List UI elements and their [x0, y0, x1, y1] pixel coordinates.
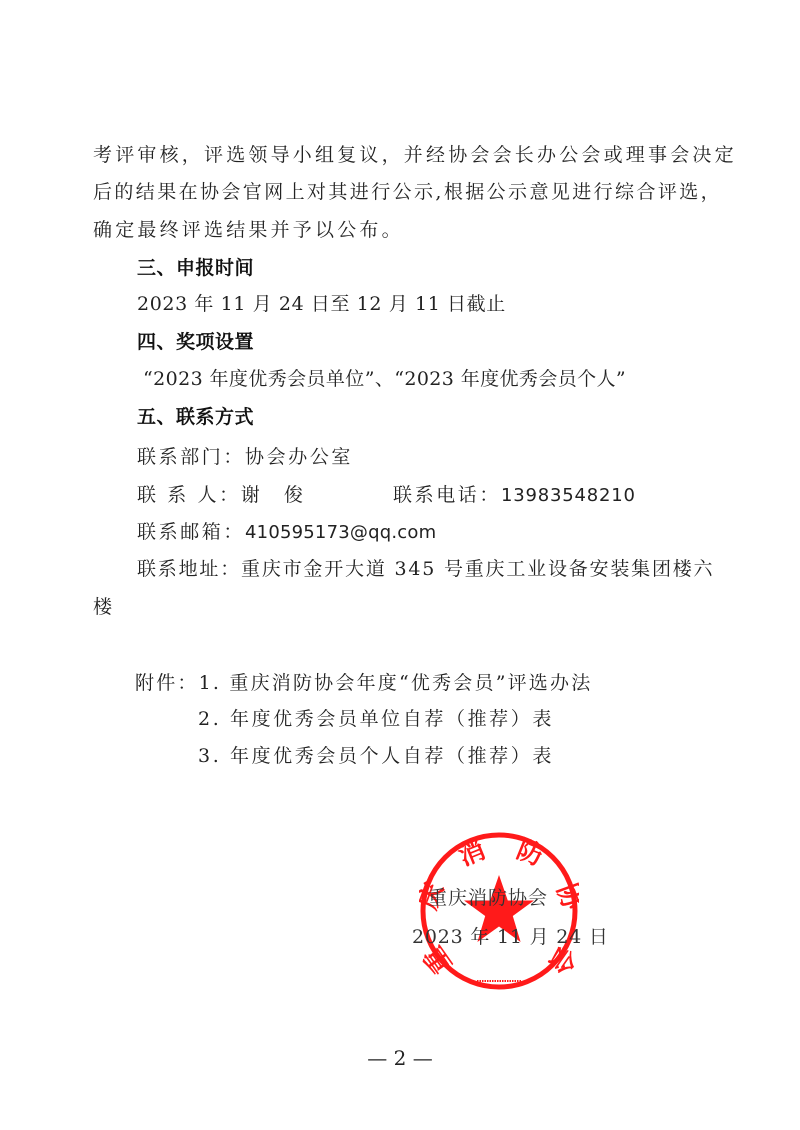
contact-address-value: 重庆市金开大道 345 号重庆工业设备安装集团楼六: [241, 558, 714, 580]
contact-person-row: 联 系 人：谢 俊: [137, 483, 306, 507]
contact-address-row: 联系地址：重庆市金开大道 345 号重庆工业设备安装集团楼六: [137, 557, 714, 581]
paragraph-line-3: 确定最终评选结果并予以公布。: [93, 218, 404, 242]
contact-person-value: 谢 俊: [241, 484, 306, 506]
deadline-text: 2023 年 11 月 24 日至 12 月 11 日截止: [137, 292, 506, 316]
contact-email-label: 联系邮箱：: [137, 521, 245, 543]
section-heading-awards: 四、奖项设置: [137, 330, 254, 354]
signature-organization: 重庆消防协会: [428, 886, 548, 910]
contact-phone-row: 联系电话：13983548210: [393, 483, 636, 508]
official-seal-stamp: 重 庆 消 防 协 会: [419, 831, 579, 991]
contact-department-label: 联系部门：: [137, 446, 245, 468]
section-heading-deadline: 三、申报时间: [137, 256, 254, 280]
attachment-item-2: 2. 年度优秀会员单位自荐（推荐）表: [198, 707, 554, 731]
contact-person-label: 联 系 人：: [137, 484, 241, 506]
section-heading-contact: 五、联系方式: [137, 405, 254, 429]
attachment-item-3: 3. 年度优秀会员个人自荐（推荐）表: [198, 744, 554, 768]
contact-email-value: 410595173@qq.com: [245, 522, 436, 543]
seal-char-4: 防: [512, 835, 547, 873]
contact-email-row: 联系邮箱：410595173@qq.com: [137, 520, 436, 545]
seal-char-3: 消: [454, 835, 489, 873]
attachment-item-1: 1. 重庆消防协会年度“优秀会员”评选办法: [199, 672, 593, 694]
signature-date: 2023 年 11 月 24 日: [412, 925, 609, 949]
contact-department-row: 联系部门：协会办公室: [137, 445, 353, 469]
contact-address-continuation: 楼: [93, 595, 115, 619]
attachments-row-1: 附件：1. 重庆消防协会年度“优秀会员”评选办法: [135, 671, 592, 695]
attachments-label: 附件：: [135, 672, 199, 694]
contact-phone-value: 13983548210: [501, 485, 636, 506]
paragraph-line-1: 考评审核，评选领导小组复议，并经协会会长办公会或理事会决定: [93, 143, 737, 167]
contact-department-value: 协会办公室: [245, 446, 353, 468]
paragraph-line-2: 后的结果在协会官网上对其进行公示,根据公示意见进行综合评选，: [93, 180, 722, 204]
contact-phone-label: 联系电话：: [393, 484, 501, 506]
contact-address-label: 联系地址：: [137, 558, 241, 580]
page-number: — 2 —: [0, 1046, 800, 1070]
awards-text: “2023 年度优秀会员单位”、“2023 年度优秀会员个人”: [143, 367, 626, 391]
seal-char-5: 协: [550, 879, 579, 915]
